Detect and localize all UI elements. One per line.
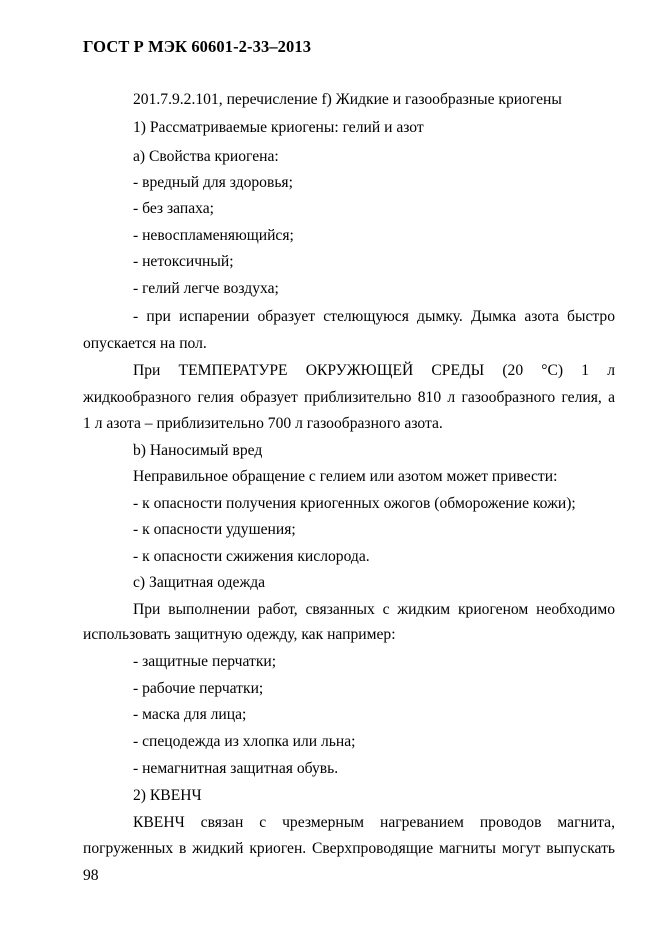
- item-heading: c) Защитная одежда: [133, 573, 615, 593]
- item-heading: a) Свойства криогена:: [133, 147, 615, 167]
- paragraph-line: КВЕНЧ связан с чрезмерным нагреванием пр…: [133, 813, 615, 833]
- paragraph-line: погруженных в жидкий криоген. Сверхпрово…: [83, 839, 615, 859]
- list-item: - нетоксичный;: [133, 252, 615, 272]
- document-header-title: ГОСТ Р МЭК 60601-2-33–2013: [83, 37, 311, 57]
- list-item: - к опасности удушения;: [133, 520, 615, 540]
- list-item: - к опасности сжижения кислорода.: [133, 547, 615, 567]
- paragraph-line: жидкообразного гелия образует приблизите…: [83, 388, 615, 408]
- section-heading: 201.7.9.2.101, перечисление f) Жидкие и …: [133, 90, 615, 110]
- list-item: - невоспламеняющийся;: [133, 226, 615, 246]
- list-item: - немагнитная защитная обувь.: [133, 759, 615, 779]
- list-item: - гелий легче воздуха;: [133, 279, 615, 299]
- paragraph-line: 1 л азота – приблизительно 700 л газообр…: [83, 414, 615, 434]
- paragraph-line: использовать защитную одежду, как наприм…: [83, 625, 615, 645]
- paragraph-line: При выполнении работ, связанных с жидким…: [133, 600, 615, 620]
- list-item: - без запаха;: [133, 199, 615, 219]
- list-item: - вредный для здоровья;: [133, 173, 615, 193]
- page-number: 98: [83, 866, 99, 886]
- paragraph-line: опускается на пол.: [83, 334, 615, 354]
- paragraph-line: - при испарении образует стелющуюся дымк…: [133, 307, 615, 327]
- subsection-heading: 1) Рассматриваемые криогены: гелий и азо…: [133, 118, 615, 138]
- list-item: - маска для лица;: [133, 705, 615, 725]
- item-heading: b) Наносимый вред: [133, 441, 615, 461]
- paragraph-line: Неправильное обращение с гелием или азот…: [133, 467, 615, 487]
- list-item: - защитные перчатки;: [133, 652, 615, 672]
- list-item: - к опасности получения криогенных ожого…: [133, 494, 615, 514]
- list-item: - рабочие перчатки;: [133, 679, 615, 699]
- subsection-heading: 2) КВЕНЧ: [133, 786, 615, 806]
- list-item: - спецодежда из хлопка или льна;: [133, 732, 615, 752]
- paragraph-line: При ТЕМПЕРАТУРЕ ОКРУЖЮЩЕЙ СРЕДЫ (20 °С) …: [133, 361, 615, 381]
